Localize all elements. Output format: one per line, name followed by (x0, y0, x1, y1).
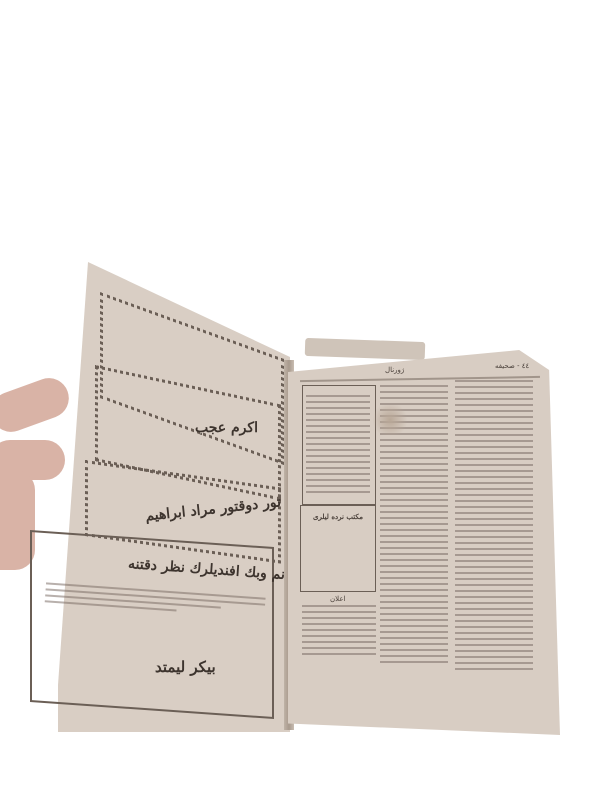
torn-page-edge (305, 338, 426, 360)
photo-scene: اکرم عجب اورا تور دوقتور مراد ابراهیم خا… (0, 0, 600, 800)
school-notice-title: مکتب نرده لیلری (313, 512, 363, 521)
page-number: ٤٤ - صحیفه (495, 362, 529, 370)
masthead: ژورنال (385, 366, 404, 374)
hand-finger-1 (0, 373, 74, 438)
right-column-text (455, 380, 533, 674)
ad-headline-ekrem: اکرم عجب (195, 420, 258, 436)
boxed-article-text (306, 395, 370, 497)
ad-headline-baker: بیکر لیمتد (155, 658, 216, 676)
notice-title: اعلان (330, 595, 345, 603)
left-column-text (302, 605, 376, 659)
paper-stain (370, 405, 410, 435)
